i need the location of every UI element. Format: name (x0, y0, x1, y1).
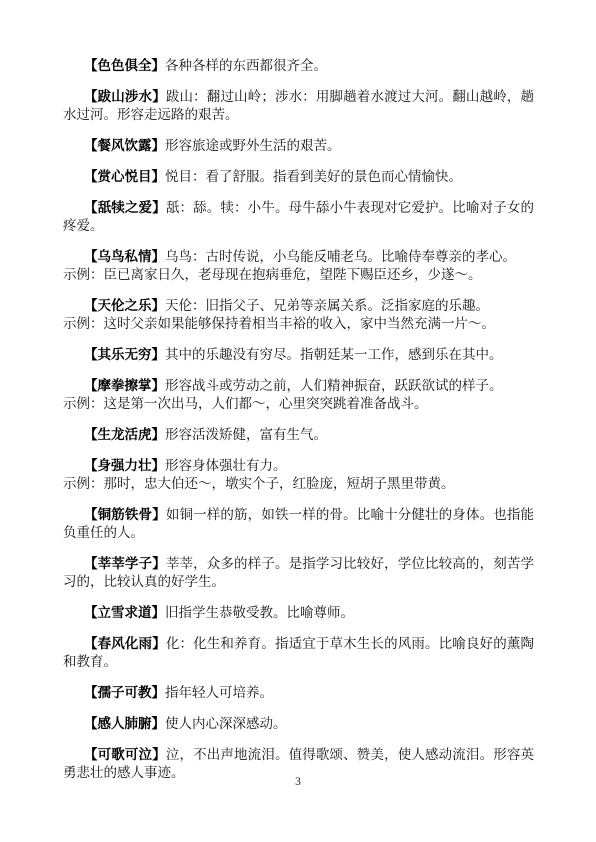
page-number: 3 (0, 776, 596, 788)
idiom-definition: 指年轻人可培养。 (165, 685, 273, 700)
idiom-entry: 【天伦之乐】天伦：旧指父子、兄弟等亲属关系。泛指家庭的乐趣。示例：这时父亲如果能… (63, 297, 534, 333)
idiom-entry: 【舐犊之爱】舐：舔。犊：小牛。母牛舔小牛表现对它爱护。比喻对子女的疼爱。 (63, 199, 534, 235)
idiom-definition: 使人内心深深感动。 (165, 716, 287, 731)
idiom-entry: 【餐风饮露】形容旅途或野外生活的艰苦。 (63, 137, 534, 155)
idiom-term: 【跋山涉水】 (84, 89, 166, 104)
idiom-definition: 形容活泼矫健，富有生气。 (165, 427, 327, 442)
idiom-term: 【生龙活虎】 (84, 427, 165, 442)
idiom-entry: 【跋山涉水】跋山：翻过山岭；涉水：用脚趟着水渡过大河。翻山越岭，趟水过河。形容走… (63, 88, 534, 124)
idiom-entry: 【生龙活虎】形容活泼矫健，富有生气。 (63, 426, 534, 444)
idiom-example: 示例：那时，忠大伯还～，墩实个子，红脸庞，短胡子黑里带黄。 (63, 476, 455, 491)
idiom-term: 【舐犊之爱】 (84, 200, 166, 215)
idiom-definition: 其中的乐趣没有穷尽。指朝廷某一工作，感到乐在其中。 (165, 347, 503, 362)
idiom-example: 示例：臣已离家日久，老母现在抱病垂危，望陛下赐臣还乡，少遂～。 (63, 267, 482, 282)
idiom-term: 【天伦之乐】 (84, 298, 165, 313)
idiom-term: 【铜筋铁骨】 (84, 507, 166, 522)
idiom-example: 示例：这时父亲如果能够保持着相当丰裕的收入，家中当然充满一片～。 (63, 316, 495, 331)
idiom-entry: 【春风化雨】化：化生和养育。指适宜于草木生长的风雨。比喻良好的薰陶和教育。 (63, 635, 534, 671)
idiom-entry: 【铜筋铁骨】如铜一样的筋，如铁一样的骨。比喻十分健壮的身体。也指能负重任的人。 (63, 506, 534, 542)
idiom-term: 【春风化雨】 (84, 636, 166, 651)
idiom-term: 【其乐无穷】 (84, 347, 165, 362)
idiom-term: 【餐风饮露】 (84, 138, 165, 153)
idiom-definition: 乌鸟：古时传说，小乌能反哺老乌。比喻侍奉尊亲的孝心。 (165, 249, 516, 264)
idiom-term: 【可歌可泣】 (84, 747, 166, 762)
idiom-definition: 各种各样的东西都很齐全。 (165, 58, 327, 73)
idiom-term: 【孺子可教】 (84, 685, 165, 700)
idiom-definition: 天伦：旧指父子、兄弟等亲属关系。泛指家庭的乐趣。 (165, 298, 489, 313)
idiom-entry: 【立雪求道】旧指学生恭敬受教。比喻尊师。 (63, 604, 534, 622)
idiom-definition: 悦目：看了舒服。指看到美好的景色而心情愉快。 (165, 169, 462, 184)
idiom-term: 【乌鸟私情】 (84, 249, 165, 264)
idiom-term: 【摩拳擦掌】 (84, 378, 165, 393)
idiom-entry: 【其乐无穷】其中的乐趣没有穷尽。指朝廷某一工作，感到乐在其中。 (63, 346, 534, 364)
idiom-example: 示例：这是第一次出马，人们都～，心里突突跳着准备战斗。 (63, 396, 428, 411)
idiom-entry: 【赏心悦目】悦目：看了舒服。指看到美好的景色而心情愉快。 (63, 168, 534, 186)
idiom-definition: 形容旅途或野外生活的艰苦。 (165, 138, 341, 153)
idiom-definition: 旧指学生恭敬受教。比喻尊师。 (165, 605, 354, 620)
idiom-entry: 【感人肺腑】使人内心深深感动。 (63, 715, 534, 733)
idiom-definition: 形容身体强壮有力。 (165, 458, 287, 473)
idiom-definition: 形容战斗或劳动之前，人们精神振奋，跃跃欲试的样子。 (165, 378, 503, 393)
idiom-term: 【身强力壮】 (84, 458, 165, 473)
document-page: 【色色俱全】各种各样的东西都很齐全。 【跋山涉水】跋山：翻过山岭；涉水：用脚趟着… (0, 0, 596, 842)
idiom-term: 【赏心悦目】 (84, 169, 165, 184)
idiom-term: 【色色俱全】 (84, 58, 165, 73)
idiom-entry: 【摩拳擦掌】形容战斗或劳动之前，人们精神振奋，跃跃欲试的样子。示例：这是第一次出… (63, 377, 534, 413)
idiom-term: 【莘莘学子】 (84, 556, 166, 571)
idiom-entry: 【莘莘学子】莘莘，众多的样子。是指学习比较好，学位比较高的，刻苦学习的，比较认真… (63, 555, 534, 591)
idiom-entry: 【孺子可教】指年轻人可培养。 (63, 684, 534, 702)
idiom-entry: 【身强力壮】形容身体强壮有力。示例：那时，忠大伯还～，墩实个子，红脸庞，短胡子黑… (63, 457, 534, 493)
idiom-glossary-list: 【色色俱全】各种各样的东西都很齐全。 【跋山涉水】跋山：翻过山岭；涉水：用脚趟着… (63, 57, 534, 795)
idiom-entry: 【色色俱全】各种各样的东西都很齐全。 (63, 57, 534, 75)
idiom-term: 【立雪求道】 (84, 605, 165, 620)
idiom-term: 【感人肺腑】 (84, 716, 165, 731)
idiom-entry: 【乌鸟私情】乌鸟：古时传说，小乌能反哺老乌。比喻侍奉尊亲的孝心。示例：臣已离家日… (63, 248, 534, 284)
